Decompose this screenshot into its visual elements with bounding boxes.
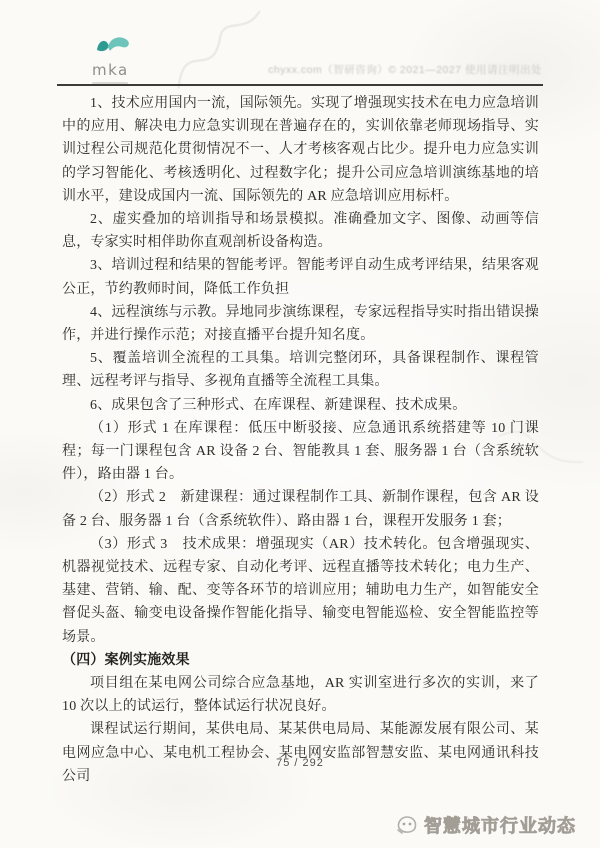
document-body: 1、技术应用国内一流，国际领先。实现了增强现实技术在电力应急培训中的应用、解决电… (62, 92, 539, 788)
body-paragraph: 6、成果包含了三种形式、在库课程、新建课程、技术成果。 (62, 394, 539, 417)
brand-face-icon (396, 814, 418, 836)
body-paragraph: （1）形式 1 在库课程：低压中断驳接、应急通讯系统搭建等 10 门课程；每一门… (62, 417, 539, 487)
header-copyright-text: chyxx.com（智研咨询）© 2021—2027 使用请注明出处 (268, 62, 542, 77)
footer-brand: 智慧城市行业动态 (396, 812, 576, 838)
brand-logo: mka (92, 34, 152, 85)
body-paragraph: 项目组在某电网公司综合应急基地，AR 实训室进行多次的实训，来了 10 次以上的… (62, 672, 539, 718)
section-heading: （四）案例实施效果 (62, 649, 539, 672)
document-page: mka chyxx.com（智研咨询）© 2021—2027 使用请注明出处 1… (0, 0, 600, 848)
body-paragraph: 5、覆盖培训全流程的工具集。培训完整闭环，具备课程制作、课程管理、远程考评与指导… (62, 347, 539, 393)
logo-wordmark: mka (92, 63, 152, 78)
body-paragraph: （3）形式 3 技术成果：增强现实（AR）技术转化。包含增强现实、机器视觉技术、… (62, 533, 539, 649)
body-paragraph: 4、远程演练与示教。异地同步演练课程，专家远程指导实时指出错误操作，并进行操作示… (62, 301, 539, 347)
footer-brand-label: 智慧城市行业动态 (424, 812, 576, 838)
body-paragraph: （2）形式 2 新建课程：通过课程制作工具、新制作课程，包含 AR 设备 2 台… (62, 486, 539, 532)
page-number: 75 / 292 (0, 757, 600, 769)
body-paragraph: 课程试运行期间，某供电局、某某供电局局、某能源发展有限公司、某电网应急中心、某电… (62, 718, 539, 788)
logo-mark-icon (92, 34, 134, 56)
header-divider (57, 84, 543, 86)
watermark-swirl (157, 3, 283, 104)
body-paragraph: 3、培训过程和结果的智能考评。智能考评自动生成考评结果，结果客观公正，节约教师时… (62, 254, 539, 300)
body-paragraph: 1、技术应用国内一流，国际领先。实现了增强现实技术在电力应急培训中的应用、解决电… (62, 92, 539, 208)
body-paragraph: 2、虚实叠加的培训指导和场景模拟。准确叠加文字、图像、动画等信息，专家实时相伴助… (62, 208, 539, 254)
